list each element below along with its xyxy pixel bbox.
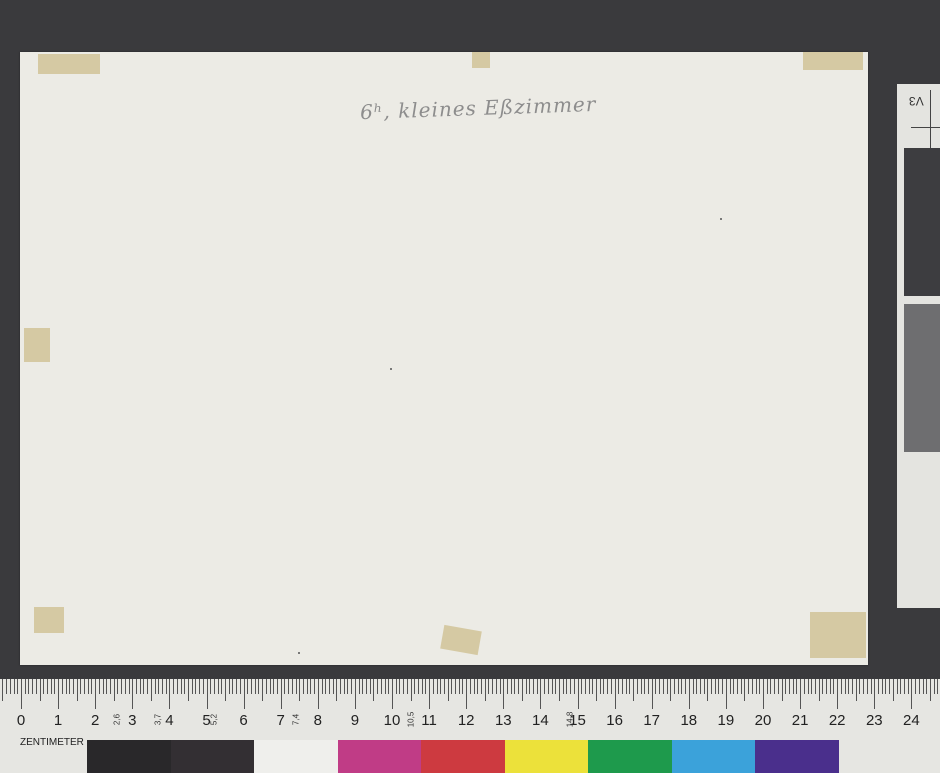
ruler-number: 8 [314, 712, 322, 729]
ruler-tick [607, 679, 608, 694]
ruler-tick [370, 679, 371, 694]
ruler-tick [359, 679, 360, 694]
ruler-tick [871, 679, 872, 694]
ruler-tick [258, 679, 259, 694]
ruler-tick [114, 679, 115, 701]
tape-bottom-left [34, 607, 64, 633]
ruler-tick [637, 679, 638, 694]
tape-left-middle [24, 328, 50, 362]
ruler-tick [644, 679, 645, 694]
ruler-tick [181, 679, 182, 694]
band-mid-gray [904, 304, 940, 452]
ruler-number: 19 [718, 712, 735, 729]
ruler-tick [84, 679, 85, 694]
band-dark [904, 148, 940, 296]
tape-bottom-right [810, 612, 866, 658]
ruler-tick [36, 679, 37, 694]
ruler-unit-label: ZENTIMETER [20, 737, 84, 748]
ruler-tick [51, 679, 52, 694]
ruler-tick [270, 679, 271, 694]
ruler-tick [670, 679, 671, 701]
ruler-tick [155, 679, 156, 694]
ruler-tick [559, 679, 560, 701]
photo-back-paper [20, 52, 868, 665]
ruler-tick [147, 679, 148, 694]
ruler-tick [240, 679, 241, 694]
ruler-tick [80, 679, 81, 694]
ruler-minor-number: 7,4 [291, 714, 300, 725]
ruler-number: 14 [532, 712, 549, 729]
ruler-number: 10 [384, 712, 401, 729]
ruler-tick [885, 679, 886, 694]
ruler-number: 24 [903, 712, 920, 729]
ruler-tick [815, 679, 816, 694]
color-patch-magenta [338, 740, 422, 773]
ruler-tick [522, 679, 523, 701]
ruler-tick [804, 679, 805, 694]
ruler-tick [95, 679, 96, 709]
ruler-tick [526, 679, 527, 694]
ruler-tick [73, 679, 74, 694]
ruler-tick [307, 679, 308, 694]
ruler-tick [247, 679, 248, 694]
ruler-tick [251, 679, 252, 694]
ruler-number: 3 [128, 712, 136, 729]
crosshair-v [930, 90, 931, 150]
ruler-tick [841, 679, 842, 694]
ruler-tick [552, 679, 553, 694]
ruler-tick [299, 679, 300, 701]
ruler-tick [329, 679, 330, 694]
ruler-number: 18 [680, 712, 697, 729]
ruler-tick [351, 679, 352, 694]
ruler-tick [900, 679, 901, 694]
ruler-tick [678, 679, 679, 694]
ruler-tick [748, 679, 749, 694]
ruler-tick [500, 679, 501, 694]
ruler-tick [17, 679, 18, 694]
ruler-minor-number: 5,2 [209, 714, 218, 725]
ruler-tick [856, 679, 857, 701]
ruler-tick [488, 679, 489, 694]
ruler-number: 12 [458, 712, 475, 729]
ruler-tick [43, 679, 44, 694]
ruler-number: 22 [829, 712, 846, 729]
ruler-tick [648, 679, 649, 694]
ruler-tick [830, 679, 831, 694]
ruler-tick [229, 679, 230, 694]
ruler-number: 6 [239, 712, 247, 729]
ruler-tick [822, 679, 823, 694]
ruler-tick [6, 679, 7, 694]
ruler-tick [511, 679, 512, 694]
ruler-tick [533, 679, 534, 694]
ruler-tick [437, 679, 438, 694]
ruler-tick [859, 679, 860, 694]
ruler-tick [592, 679, 593, 694]
ruler-tick [377, 679, 378, 694]
ruler-tick [641, 679, 642, 694]
ruler-tick [496, 679, 497, 694]
ruler-tick [481, 679, 482, 694]
ruler-tick [474, 679, 475, 694]
ruler-tick [514, 679, 515, 694]
ruler-number: 17 [643, 712, 660, 729]
ruler-tick [693, 679, 694, 694]
ruler-tick [66, 679, 67, 694]
ruler-tick [737, 679, 738, 694]
ruler-tick [789, 679, 790, 694]
ruler-tick [893, 679, 894, 701]
ruler-tick [125, 679, 126, 694]
ruler-tick [466, 679, 467, 709]
ruler-tick [544, 679, 545, 694]
ruler-tick [574, 679, 575, 694]
ruler-tick [704, 679, 705, 694]
ruler-tick [548, 679, 549, 694]
ruler-tick [689, 679, 690, 709]
ruler-tick [596, 679, 597, 701]
ruler-tick [726, 679, 727, 709]
ruler-tick [218, 679, 219, 694]
ruler-tick [385, 679, 386, 694]
ruler-tick [303, 679, 304, 694]
ruler-tick [340, 679, 341, 694]
ruler-tick [867, 679, 868, 694]
ruler-tick [399, 679, 400, 694]
ruler-tick [808, 679, 809, 694]
ruler-tick [140, 679, 141, 694]
ruler-tick [778, 679, 779, 694]
ruler-tick [681, 679, 682, 694]
color-patch-white [254, 740, 338, 773]
ruler-tick [718, 679, 719, 694]
ruler-tick [77, 679, 78, 701]
ruler-tick [91, 679, 92, 694]
ruler-tick [214, 679, 215, 694]
ruler-tick [603, 679, 604, 694]
ruler-tick [396, 679, 397, 694]
ruler-tick [195, 679, 196, 694]
ruler-tick [151, 679, 152, 701]
ruler-tick [188, 679, 189, 701]
ruler-tick [284, 679, 285, 694]
ruler-tick [210, 679, 211, 694]
ruler-tick [318, 679, 319, 709]
ruler-number: 23 [866, 712, 883, 729]
tape-top-left [38, 54, 100, 74]
color-patch-red [421, 740, 505, 773]
ruler-tick [110, 679, 111, 694]
ruler-tick [722, 679, 723, 694]
ruler-tick [837, 679, 838, 709]
ruler-tick [236, 679, 237, 694]
ruler-tick [347, 679, 348, 694]
ruler-tick [503, 679, 504, 709]
ruler-tick [462, 679, 463, 694]
ruler-tick [485, 679, 486, 701]
speck [720, 218, 722, 220]
ruler-tick [14, 679, 15, 694]
ruler-tick [10, 679, 11, 694]
ruler-tick [99, 679, 100, 694]
ruler-ticks [0, 679, 940, 711]
ruler-tick [826, 679, 827, 694]
ruler-tick [507, 679, 508, 694]
ruler-tick [448, 679, 449, 701]
ruler-tick [69, 679, 70, 694]
ruler-tick [292, 679, 293, 694]
ruler-tick [581, 679, 582, 694]
ruler-tick [796, 679, 797, 694]
ruler-tick [529, 679, 530, 694]
ruler-tick [166, 679, 167, 694]
ruler-tick [811, 679, 812, 694]
ruler-tick [273, 679, 274, 694]
ruler-tick [162, 679, 163, 694]
ruler-tick [674, 679, 675, 694]
ruler-minor-number: 10,5 [406, 712, 415, 728]
ruler-tick [622, 679, 623, 694]
ruler-tick [937, 679, 938, 694]
ruler-tick [322, 679, 323, 694]
ruler-tick [88, 679, 89, 694]
ruler-tick [207, 679, 208, 709]
tape-top-center [472, 52, 490, 68]
ruler-tick [685, 679, 686, 694]
ruler-tick [600, 679, 601, 694]
ruler-tick [225, 679, 226, 701]
ruler-tick [32, 679, 33, 694]
ruler-minor-number: 3,7 [154, 714, 163, 725]
ruler-tick [366, 679, 367, 694]
ruler-tick [25, 679, 26, 694]
ruler-tick [833, 679, 834, 694]
ruler-number: 16 [606, 712, 623, 729]
ruler-tick [882, 679, 883, 694]
ruler-tick [2, 679, 3, 701]
ruler-tick [570, 679, 571, 694]
ruler-tick [455, 679, 456, 694]
ruler-tick [800, 679, 801, 709]
ruler-tick [425, 679, 426, 694]
ruler-tick [611, 679, 612, 694]
ruler-tick [158, 679, 159, 694]
ruler-tick [40, 679, 41, 701]
ruler-tick [908, 679, 909, 694]
ruler-tick [199, 679, 200, 694]
ruler-tick [310, 679, 311, 694]
ruler-tick [889, 679, 890, 694]
ruler-number: 2 [91, 712, 99, 729]
ruler-tick [700, 679, 701, 694]
ruler-tick [262, 679, 263, 701]
ruler-number: 13 [495, 712, 512, 729]
ruler-tick [143, 679, 144, 694]
ruler-tick [444, 679, 445, 694]
ruler-tick [744, 679, 745, 701]
ruler-tick [418, 679, 419, 694]
color-patch-dark-gray [171, 740, 255, 773]
ruler-tick [132, 679, 133, 709]
ruler-tick [203, 679, 204, 694]
ruler-tick [923, 679, 924, 694]
ruler-tick [492, 679, 493, 694]
ruler-tick [696, 679, 697, 694]
ruler-tick [518, 679, 519, 694]
ruler-tick [121, 679, 122, 694]
ruler-tick [667, 679, 668, 694]
ruler-tick [878, 679, 879, 694]
ruler-tick [333, 679, 334, 694]
ruler-tick [759, 679, 760, 694]
ruler-tick [540, 679, 541, 709]
ruler-tick [767, 679, 768, 694]
ruler-tick [136, 679, 137, 694]
ruler-tick [117, 679, 118, 694]
ruler-minor-number: 2,6 [113, 714, 122, 725]
ruler-tick [537, 679, 538, 694]
ruler-tick [28, 679, 29, 694]
ruler-tick [911, 679, 912, 709]
ruler-tick [566, 679, 567, 694]
ruler-tick [392, 679, 393, 709]
ruler-tick [244, 679, 245, 709]
ruler-tick [819, 679, 820, 701]
ruler-tick [845, 679, 846, 694]
ruler-tick [655, 679, 656, 694]
ruler-tick [848, 679, 849, 694]
ruler-tick [281, 679, 282, 709]
vertical-gray-scale: V3 [897, 84, 940, 608]
ruler-number: 1 [54, 712, 62, 729]
ruler-tick [129, 679, 130, 694]
ruler-tick [277, 679, 278, 694]
ruler-number: 20 [755, 712, 772, 729]
color-patch-cyan [672, 740, 756, 773]
ruler-tick [555, 679, 556, 694]
ruler-tick [618, 679, 619, 694]
ruler-tick [459, 679, 460, 694]
ruler-tick [414, 679, 415, 694]
ruler-tick [54, 679, 55, 694]
ruler-tick [58, 679, 59, 709]
ruler-tick [897, 679, 898, 694]
ruler-tick [411, 679, 412, 701]
ruler-tick [106, 679, 107, 694]
ruler-tick [388, 679, 389, 694]
horizontal-ruler: 0123456789101112131415161718192021222324… [0, 679, 940, 773]
crosshair-h [911, 127, 940, 128]
scale-label: V3 [909, 94, 924, 108]
ruler-number: 9 [351, 712, 359, 729]
ruler-tick [169, 679, 170, 709]
ruler-tick [177, 679, 178, 694]
ruler-tick [362, 679, 363, 694]
ruler-tick [440, 679, 441, 694]
ruler-tick [615, 679, 616, 709]
ruler-tick [325, 679, 326, 694]
ruler-tick [451, 679, 452, 694]
ruler-tick [934, 679, 935, 694]
ruler-number: 4 [165, 712, 173, 729]
ruler-tick [563, 679, 564, 694]
ruler-tick [782, 679, 783, 701]
tape-bottom-center [440, 625, 482, 655]
ruler-tick [629, 679, 630, 694]
ruler-tick [429, 679, 430, 709]
ruler-tick [741, 679, 742, 694]
ruler-tick [381, 679, 382, 694]
ruler-tick [314, 679, 315, 694]
ruler-tick [730, 679, 731, 694]
ruler-tick [919, 679, 920, 694]
ruler-number: 0 [17, 712, 25, 729]
ruler-tick [659, 679, 660, 694]
ruler-tick [403, 679, 404, 694]
speck [390, 368, 392, 370]
ruler-tick [763, 679, 764, 709]
ruler-tick [774, 679, 775, 694]
ruler-tick [756, 679, 757, 694]
ruler-tick [904, 679, 905, 694]
ruler-tick [715, 679, 716, 694]
ruler-tick [578, 679, 579, 709]
ruler-tick [793, 679, 794, 694]
ruler-tick [470, 679, 471, 694]
ruler-tick [915, 679, 916, 694]
ruler-tick [184, 679, 185, 694]
ruler-tick [707, 679, 708, 701]
ruler-tick [21, 679, 22, 709]
ruler-tick [852, 679, 853, 694]
ruler-tick [103, 679, 104, 694]
ruler-tick [296, 679, 297, 694]
ruler-tick [255, 679, 256, 694]
ruler-tick [874, 679, 875, 709]
ruler-tick [770, 679, 771, 694]
ruler-tick [752, 679, 753, 694]
color-patch-violet [755, 740, 839, 773]
ruler-tick [930, 679, 931, 701]
ruler-tick [173, 679, 174, 694]
color-patch-black [87, 740, 171, 773]
ruler-tick [62, 679, 63, 694]
ruler-tick [477, 679, 478, 694]
ruler-number: 11 [421, 712, 437, 729]
ruler-minor-number: 14,8 [566, 712, 575, 728]
ruler-tick [266, 679, 267, 694]
ruler-tick [192, 679, 193, 694]
ruler-tick [344, 679, 345, 694]
ruler-tick [422, 679, 423, 694]
ruler-tick [863, 679, 864, 694]
ruler-tick [663, 679, 664, 694]
ruler-tick [733, 679, 734, 694]
ruler-tick [47, 679, 48, 694]
ruler-tick [373, 679, 374, 701]
ruler-number: 21 [792, 712, 809, 729]
tape-top-right [803, 52, 863, 70]
ruler-tick [433, 679, 434, 694]
ruler-number: 7 [277, 712, 285, 729]
color-patch-yellow [505, 740, 589, 773]
ruler-tick [585, 679, 586, 694]
ruler-tick [221, 679, 222, 694]
ruler-tick [288, 679, 289, 694]
ruler-tick [711, 679, 712, 694]
color-patch-green [588, 740, 672, 773]
